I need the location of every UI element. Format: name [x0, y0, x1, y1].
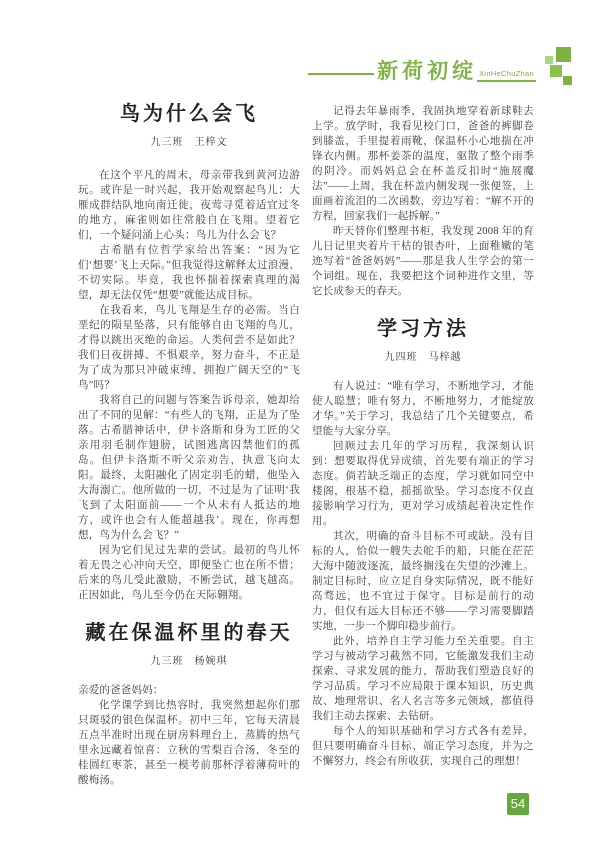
- article-byline: 九三班 王梓文: [78, 136, 300, 150]
- paragraph: 有人说过：“唯有学习，不断地学习，才能使人聪慧；唯有努力，不断地努力，才能绽放才…: [312, 379, 534, 439]
- letter-salutation: 亲爱的爸爸妈妈：: [78, 683, 300, 698]
- article-title: 藏在保温杯里的春天: [78, 619, 300, 647]
- masthead-subtitle: XinHeChuZhan: [477, 69, 536, 82]
- paragraph: 化学课学到比热容时，我突然想起你们那只斑驳的银色保温杯。初中三年，它每天清晨五点…: [78, 698, 300, 788]
- paragraph: 回顾过去几年的学习历程，我深刻认识到：想要取得优异成绩，首先要有端正的学习态度。…: [312, 439, 534, 529]
- right-column: 记得去年暴雨季，我固执地穿着新球鞋去上学。放学时，我看见校门口，爸爸的裤脚卷到膝…: [312, 96, 534, 788]
- logo-square-icon: [556, 47, 571, 62]
- paragraph: 其次，明确的奋斗目标不可或缺。没有目标的人，恰似一艘失去舵手的船，只能在茫茫大海…: [312, 529, 534, 634]
- lotus-squares-logo-icon: [544, 46, 578, 90]
- left-column: 鸟为什么会飞 九三班 王梓文 在这个平凡的周末，母亲带我到黄河边游玩。或许是一时…: [78, 96, 300, 788]
- article-byline: 九三班 杨婉琪: [78, 655, 300, 669]
- paragraph: 因为它们见过先辈的尝试。最初的鸟儿怀着无畏之心冲向天空，即便坠亡也在所不惜；后来…: [78, 543, 300, 603]
- article-thermos-spring-start: 藏在保温杯里的春天 九三班 杨婉琪 亲爱的爸爸妈妈： 化学课学到比热容时，我突然…: [78, 619, 300, 788]
- masthead-title: 新荷初绽: [374, 61, 477, 82]
- article-study-methods: 学习方法 九四班 马梓越 有人说过：“唯有学习，不断地学习，才能使人聪慧；唯有努…: [312, 315, 534, 769]
- article-thermos-spring-continued: 记得去年暴雨季，我固执地穿着新球鞋去上学。放学时，我看见校门口，爸爸的裤脚卷到膝…: [312, 104, 534, 299]
- article-byline: 九四班 马梓越: [312, 351, 534, 365]
- masthead-row: 新荷初绽 XinHeChuZhan: [308, 46, 536, 82]
- article-title: 鸟为什么会飞: [78, 100, 300, 128]
- header-rule: [308, 73, 374, 75]
- paragraph: 在我看来，鸟儿飞翔是生存的必需。当白垩纪的陨星坠落，只有能够自由飞翔的鸟儿，才得…: [78, 303, 300, 393]
- article-title: 学习方法: [312, 315, 534, 343]
- article-columns: 鸟为什么会飞 九三班 王梓文 在这个平凡的周末，母亲带我到黄河边游玩。或许是一时…: [78, 96, 534, 788]
- page-header: 新荷初绽 XinHeChuZhan: [308, 46, 578, 96]
- logo-square-icon: [563, 76, 572, 85]
- paragraph: 昨天替你们整理书柜，我发现 2008 年的育儿日记里夹着片干枯的银杏叶，上面稚嫩…: [312, 224, 534, 299]
- paragraph: 在这个平凡的周末，母亲带我到黄河边游玩。或许是一时兴起，我开始观察起鸟儿：大雁成…: [78, 168, 300, 243]
- paragraph: 此外，培养自主学习能力至关重要。自主学习与被动学习截然不同，它能激发我们主动探索…: [312, 634, 534, 724]
- paragraph: 记得去年暴雨季，我固执地穿着新球鞋去上学。放学时，我看见校门口，爸爸的裤脚卷到膝…: [312, 104, 534, 224]
- magazine-page: 新荷初绽 XinHeChuZhan 鸟为什么会飞 九三班 王梓文 在这个平凡的周…: [0, 0, 600, 848]
- article-why-birds-fly: 鸟为什么会飞 九三班 王梓文 在这个平凡的周末，母亲带我到黄河边游玩。或许是一时…: [78, 100, 300, 603]
- paragraph: 每个人的知识基础和学习方式各有差异，但只要明确奋斗目标、端正学习态度，并为之不懈…: [312, 724, 534, 769]
- page-number-badge: 54: [507, 793, 529, 815]
- logo-square-icon: [545, 56, 553, 64]
- paragraph: 我将自己的问题与答案告诉母亲，她却给出了不同的见解：“有些人的飞翔，正是为了坠落…: [78, 393, 300, 543]
- logo-square-icon: [550, 65, 562, 77]
- paragraph: 古希腊有位哲学家给出答案：“因为它们‘想要’飞上天际。”但我觉得这解释太过浪漫、…: [78, 243, 300, 303]
